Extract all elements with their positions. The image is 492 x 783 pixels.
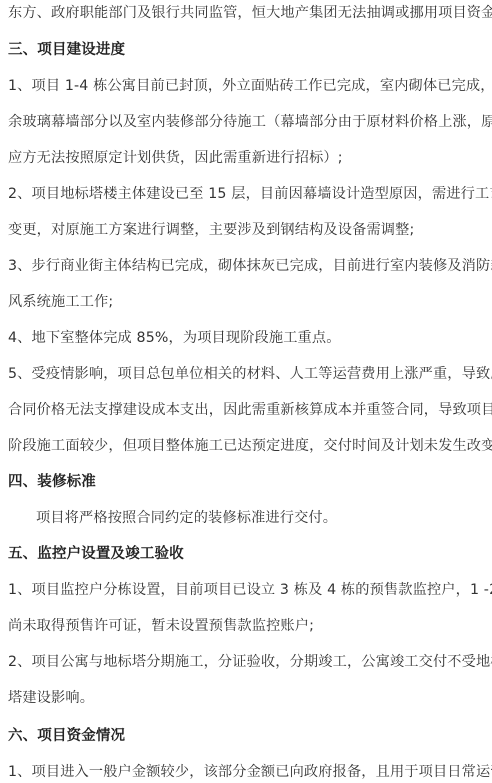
paragraph-line: 合同价格无法支撑建设成本支出，因此需重新核算成本并重签合同，导致项目现: [8, 401, 486, 419]
paragraph-line: 1、项目 1-4 栋公寓目前已封顶，外立面贴砖工作已完成，室内砌体已完成，剩: [8, 77, 486, 95]
paragraph-line: 1、项目进入一般户金额较少，该部分金额已向政府报备，且用于项目日常运营: [8, 763, 486, 781]
paragraph-line: 2、项目公寓与地标塔分期施工，分证验收，分期竣工，公寓竣工交付不受地标: [8, 653, 486, 671]
paragraph-line: 5、受疫情影响，项目总包单位相关的材料、人工等运营费用上涨严重，导致原: [8, 365, 486, 383]
paragraph-line: 风系统施工工作;: [8, 293, 486, 311]
section-heading-4: 四、装修标准: [8, 473, 486, 491]
paragraph-line: 1、项目监控户分栋设置，目前项目已设立 3 栋及 4 栋的预售款监控户，1 -2…: [8, 581, 486, 599]
paragraph-line: 余玻璃幕墙部分以及室内装修部分待施工（幕墙部分由于原材料价格上涨，原供: [8, 113, 486, 131]
paragraph-line: 项目将严格按照合同约定的装修标准进行交付。: [36, 509, 492, 527]
paragraph-line: 3、步行商业街主体结构已完成，砌体抹灰已完成，目前进行室内装修及消防新: [8, 257, 486, 275]
section-heading-6: 六、项目资金情况: [8, 727, 486, 745]
paragraph-line: 塔建设影响。: [8, 689, 486, 707]
section-heading-5: 五、监控户设置及竣工验收: [8, 545, 486, 563]
section-heading-3: 三、项目建设进度: [8, 41, 486, 59]
paragraph-line: 尚未取得预售许可证，暂未设置预售款监控账户;: [8, 617, 486, 635]
paragraph-line: 阶段施工面较少，但项目整体施工已达预定进度，交付时间及计划未发生改变。: [8, 437, 486, 455]
paragraph-line: 4、地下室整体完成 85%，为项目现阶段施工重点。: [8, 329, 486, 347]
paragraph-line: 变更，对原施工方案进行调整，主要涉及到钢结构及设备需调整;: [8, 221, 486, 239]
paragraph-line: 东方、政府职能部门及银行共同监管，恒大地产集团无法抽调或挪用项目资金。: [8, 4, 486, 22]
paragraph-line: 应方无法按照原定计划供货，因此需重新进行招标）;: [8, 149, 486, 167]
paragraph-line: 2、项目地标塔楼主体建设已至 15 层，目前因幕墙设计造型原因，需进行工艺: [8, 185, 486, 203]
